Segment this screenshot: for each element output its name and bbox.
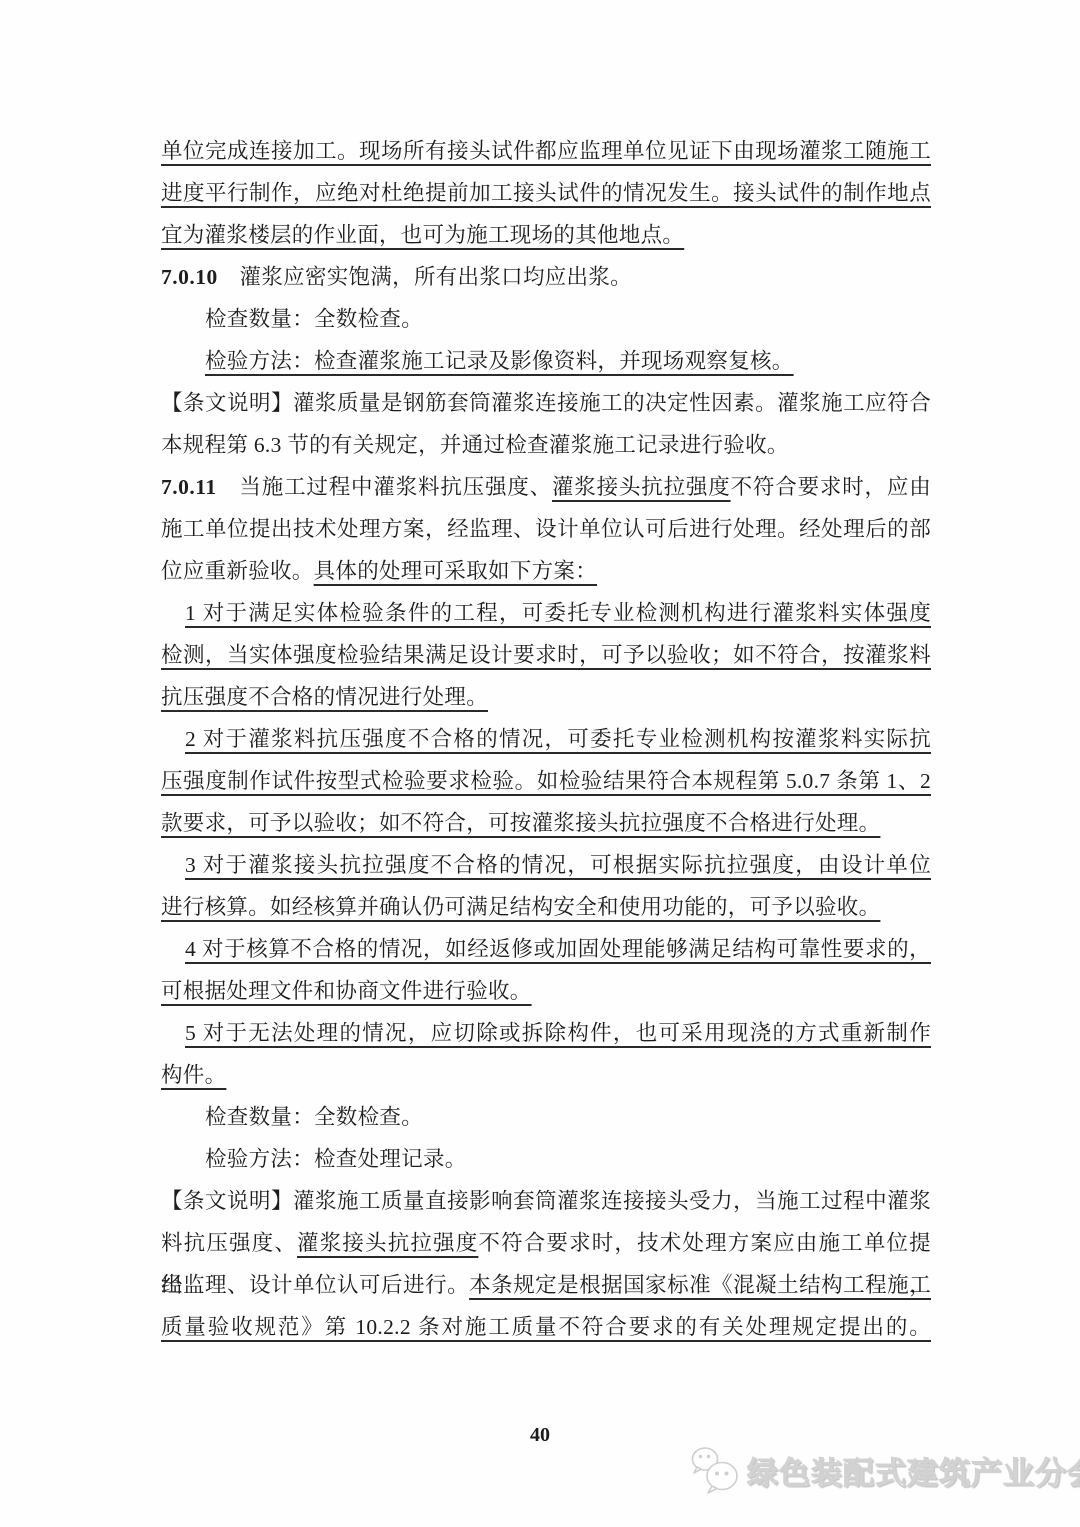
text-line: 宜为灌浆楼层的作业面，也可为施工现场的其他地点。: [161, 214, 931, 256]
text-line: 检查数量：全数检查。: [161, 1096, 931, 1138]
underlined-text-segment: 进行核算。如经核算并确认仍可满足结构安全和使用功能的，可予以验收。: [161, 895, 880, 919]
text-line: 可根据处理文件和协商文件进行验收。: [161, 970, 931, 1012]
text-segment: 位应重新验收。: [161, 559, 314, 583]
text-segment: 检验方法：检查处理记录。: [205, 1147, 467, 1171]
text-line: 5 对于无法处理的情况，应切除或拆除构件，也可采用现浇的方式重新制作: [161, 1012, 931, 1054]
text-line: 2 对于灌浆料抗压强度不合格的情况，可委托专业检测机构按灌浆料实际抗: [161, 718, 931, 760]
text-segment: 【条文说明】灌浆施工质量直接影响套筒灌浆连接接头受力，当施工过程中灌浆: [161, 1189, 931, 1213]
underlined-text-segment: 构件。: [161, 1063, 226, 1087]
text-line: 7.0.11 当施工过程中灌浆料抗压强度、灌浆接头抗拉强度不符合要求时，应由: [161, 466, 931, 508]
text-line: 本规程第 6.3 节的有关规定，并通过检查灌浆施工记录进行验收。: [161, 424, 931, 466]
wechat-icon: [688, 1444, 742, 1496]
underlined-text-segment: 5 对于无法处理的情况，应切除或拆除构件，也可采用现浇的方式重新制作: [185, 1021, 931, 1045]
text-line: 7.0.10 灌浆应密实饱满，所有出浆口均应出浆。: [161, 256, 931, 298]
underlined-text-segment: 质量验收规范》第 10.2.2 条对施工质量不符合要求的有关处理规定提出的。: [161, 1315, 931, 1339]
text-line: 3 对于灌浆接头抗拉强度不合格的情况，可根据实际抗拉强度，由设计单位: [161, 844, 931, 886]
document-body: 单位完成连接加工。现场所有接头试件都应监理单位见证下由现场灌浆工随施工进度平行制…: [161, 130, 931, 1348]
underlined-text-segment: 可根据处理文件和协商文件进行验收。: [161, 979, 532, 1003]
text-line: 【条文说明】灌浆施工质量直接影响套筒灌浆连接接头受力，当施工过程中灌浆: [161, 1180, 931, 1222]
underlined-text-segment: 4 对于核算不合格的情况，如经返修或加固处理能够满足结构可靠性要求的，: [185, 937, 931, 961]
text-segment: 检查数量：全数检查。: [205, 307, 423, 331]
underlined-text-segment: 3 对于灌浆接头抗拉强度不合格的情况，可根据实际抗拉强度，由设计单位: [185, 853, 931, 877]
text-segment: 料抗压强度、: [161, 1231, 297, 1255]
watermark-text: 绿色装配式建筑产业分会: [747, 1448, 1080, 1493]
watermark: 绿色装配式建筑产业分会: [688, 1444, 1080, 1496]
text-segment: 7.0.10: [161, 265, 218, 289]
underlined-text-segment: 抗压强度不合格的情况进行处理。: [161, 685, 488, 709]
text-segment: 灌浆应密实饱满，所有出浆口均应出浆。: [218, 265, 632, 289]
text-line: 施工单位提出技术处理方案，经监理、设计单位认可后进行处理。经处理后的部: [161, 508, 931, 550]
text-line: 进行核算。如经核算并确认仍可满足结构安全和使用功能的，可予以验收。: [161, 886, 931, 928]
text-line: 检验方法：检查灌浆施工记录及影像资料，并现场观察复核。: [161, 340, 931, 382]
text-line: 4 对于核算不合格的情况，如经返修或加固处理能够满足结构可靠性要求的，: [161, 928, 931, 970]
document-page: 单位完成连接加工。现场所有接头试件都应监理单位见证下由现场灌浆工随施工进度平行制…: [0, 0, 1080, 1527]
text-line: 压强度制作试件按型式检验要求检验。如检验结果符合本规程第 5.0.7 条第 1、…: [161, 760, 931, 802]
text-line: 检查数量：全数检查。: [161, 298, 931, 340]
text-line: 款要求，可予以验收；如不符合，可按灌浆接头抗拉强度不合格进行处理。: [161, 802, 931, 844]
underlined-text-segment: 灌浆接头抗拉强度: [297, 1231, 478, 1255]
text-segment: 施工单位提出技术处理方案，经监理、设计单位认可后进行处理。经处理后的部: [161, 517, 931, 541]
text-line: 构件。: [161, 1054, 931, 1096]
text-line: 单位完成连接加工。现场所有接头试件都应监理单位见证下由现场灌浆工随施工: [161, 130, 931, 172]
underlined-text-segment: 单位完成连接加工。现场所有接头试件都应监理单位见证下由现场灌浆工随施工: [161, 139, 931, 163]
text-line: 检测，当实体强度检验结果满足设计要求时，可予以验收；如不符合，按灌浆料: [161, 634, 931, 676]
underlined-text-segment: 款要求，可予以验收；如不符合，可按灌浆接头抗拉强度不合格进行处理。: [161, 811, 880, 835]
underlined-text-segment: 1 对于满足实体检验条件的工程，可委托专业检测机构进行灌浆料实体强度: [185, 601, 931, 625]
underlined-text-segment: 压强度制作试件按型式检验要求检验。如检验结果符合本规程第 5.0.7 条第 1、…: [161, 769, 931, 793]
underlined-text-segment: 具体的处理可采取如下方案：: [314, 559, 597, 583]
underlined-text-segment: 检测，当实体强度检验结果满足设计要求时，可予以验收；如不符合，按灌浆料: [161, 643, 931, 667]
text-line: 经监理、设计单位认可后进行。本条规定是根据国家标准《混凝土结构工程施工: [161, 1264, 931, 1306]
text-line: 进度平行制作，应绝对杜绝提前加工接头试件的情况发生。接头试件的制作地点: [161, 172, 931, 214]
underlined-text-segment: 灌浆接头抗拉强度: [552, 475, 731, 499]
underlined-text-segment: 宜为灌浆楼层的作业面，也可为施工现场的其他地点。: [161, 223, 684, 247]
underlined-text-segment: 检验方法：检查灌浆施工记录及影像资料，并现场观察复核。: [205, 349, 794, 373]
underlined-text-segment: 进度平行制作，应绝对杜绝提前加工接头试件的情况发生。接头试件的制作地点: [161, 181, 931, 205]
text-line: 料抗压强度、灌浆接头抗拉强度不符合要求时，技术处理方案应由施工单位提出，: [161, 1222, 931, 1264]
text-segment: 本规程第 6.3 节的有关规定，并通过检查灌浆施工记录进行验收。: [161, 433, 789, 457]
text-line: 1 对于满足实体检验条件的工程，可委托专业检测机构进行灌浆料实体强度: [161, 592, 931, 634]
text-line: 质量验收规范》第 10.2.2 条对施工质量不符合要求的有关处理规定提出的。: [161, 1306, 931, 1348]
text-line: 位应重新验收。具体的处理可采取如下方案：: [161, 550, 931, 592]
underlined-text-segment: 本条规定是根据国家标准《混凝土结构工程施工: [469, 1273, 931, 1297]
text-segment: 【条文说明】灌浆质量是钢筋套筒灌浆连接施工的决定性因素。灌浆施工应符合: [161, 391, 931, 415]
text-segment: 检查数量：全数检查。: [205, 1105, 423, 1129]
text-line: 抗压强度不合格的情况进行处理。: [161, 676, 931, 718]
text-segment: 经监理、设计单位认可后进行。: [161, 1273, 469, 1297]
text-segment: 不符合要求时，应由: [731, 475, 931, 499]
text-line: 【条文说明】灌浆质量是钢筋套筒灌浆连接施工的决定性因素。灌浆施工应符合: [161, 382, 931, 424]
text-segment: 当施工过程中灌浆料抗压强度、: [217, 475, 552, 499]
text-line: 检验方法：检查处理记录。: [161, 1138, 931, 1180]
underlined-text-segment: 2 对于灌浆料抗压强度不合格的情况，可委托专业检测机构按灌浆料实际抗: [185, 727, 931, 751]
text-segment: 7.0.11: [161, 475, 217, 499]
